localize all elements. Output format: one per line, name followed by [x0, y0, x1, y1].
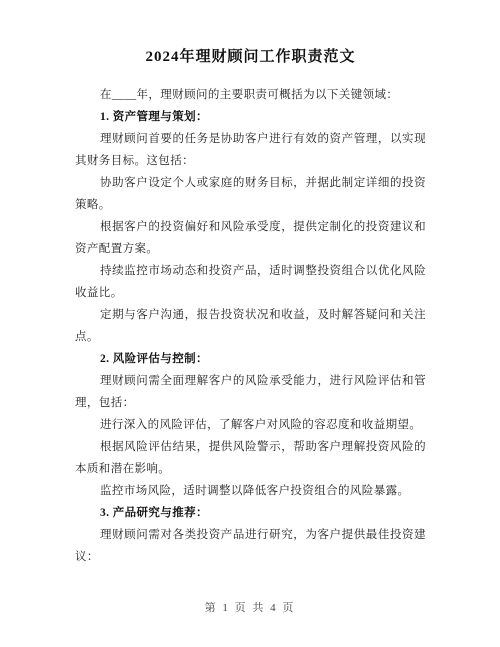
section-heading: 2. 风险评估与控制：	[75, 348, 426, 370]
page-footer: 第 1 页 共 4 页	[0, 601, 500, 615]
paragraph: 持续监控市场动态和投资产品，适时调整投资组合以优化风险收益比。	[75, 260, 426, 304]
paragraph: 理财顾问需全面理解客户的风险承受能力，进行风险评估和管理，包括：	[75, 370, 426, 414]
document-title: 2024年理财顾问工作职责范文	[75, 46, 426, 68]
paragraph: 理财顾问需对各类投资产品进行研究，为客户提供最佳投资建议：	[75, 524, 426, 568]
document-body: 在____年，理财顾问的主要职责可概括为以下关键领域：1. 资产管理与策划：理财…	[75, 84, 426, 568]
paragraph: 定期与客户沟通，报告投资状况和收益，及时解答疑问和关注点。	[75, 304, 426, 348]
paragraph: 根据客户的投资偏好和风险承受度，提供定制化的投资建议和资产配置方案。	[75, 216, 426, 260]
paragraph: 理财顾问首要的任务是协助客户进行有效的资产管理，以实现其财务目标。这包括：	[75, 128, 426, 172]
paragraph: 协助客户设定个人或家庭的财务目标，并据此制定详细的投资策略。	[75, 172, 426, 216]
paragraph: 监控市场风险，适时调整以降低客户投资组合的风险暴露。	[75, 480, 426, 502]
section-heading: 3. 产品研究与推荐：	[75, 502, 426, 524]
paragraph: 根据风险评估结果，提供风险警示，帮助客户理解投资风险的本质和潜在影响。	[75, 436, 426, 480]
section-heading: 1. 资产管理与策划：	[75, 106, 426, 128]
document-page: 2024年理财顾问工作职责范文 在____年，理财顾问的主要职责可概括为以下关键…	[0, 0, 500, 647]
paragraph: 进行深入的风险评估，了解客户对风险的容忍度和收益期望。	[75, 414, 426, 436]
paragraph: 在____年，理财顾问的主要职责可概括为以下关键领域：	[75, 84, 426, 106]
